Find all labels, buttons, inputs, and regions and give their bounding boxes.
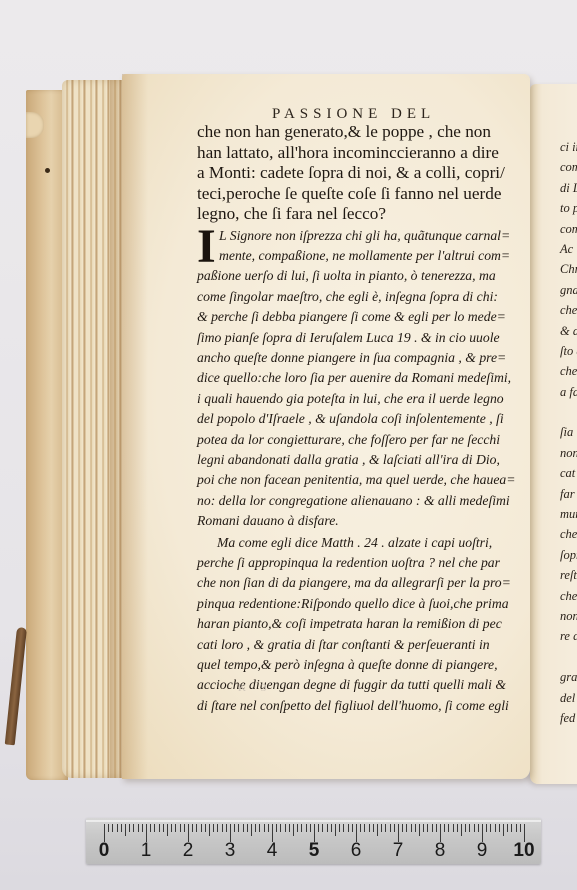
ruler-tick bbox=[306, 824, 307, 832]
fragment-line: di L bbox=[560, 178, 577, 198]
ruler-tick bbox=[453, 824, 454, 832]
drop-cap: I bbox=[197, 226, 216, 268]
fragment-line: non bbox=[560, 606, 577, 626]
ruler-tick bbox=[490, 824, 491, 832]
roman-paragraph: che non han generato,& le poppe , che no… bbox=[197, 122, 517, 225]
facing-page-text-fragments: ci incomdi Lto pucomeAcChrignache& dſto … bbox=[560, 137, 577, 728]
text-line: poi che non facean penitentia, ma quel u… bbox=[197, 470, 517, 490]
ruler-tick bbox=[331, 824, 332, 832]
ruler-tick bbox=[432, 824, 433, 832]
ruler-tick bbox=[268, 824, 269, 832]
fragment-line: & d bbox=[560, 321, 577, 341]
ruler-tick bbox=[297, 824, 298, 832]
ruler-tick bbox=[322, 824, 323, 832]
ruler-labels: 012345678910 bbox=[86, 840, 541, 862]
text-line: che non han generato,& le poppe , che no… bbox=[197, 122, 517, 143]
ruler-label: 2 bbox=[183, 840, 194, 862]
ruler-tick bbox=[184, 824, 185, 832]
fragment-line: ſto d bbox=[560, 341, 577, 361]
ruler-tick bbox=[348, 824, 349, 832]
text-line: legni abandonati dalla gratia , & laſcia… bbox=[197, 450, 517, 470]
fragment-line: che bbox=[560, 524, 577, 544]
ruler-tick bbox=[217, 824, 218, 832]
ruler-tick bbox=[335, 824, 336, 836]
ruler-tick bbox=[196, 824, 197, 832]
text-line: mente, compaßione, ne mollamente per l'a… bbox=[197, 246, 517, 266]
text-line: Ma come egli dice Matth . 24 . alzate i … bbox=[197, 533, 517, 553]
ruler-tick bbox=[364, 824, 365, 832]
ruler-tick bbox=[247, 824, 248, 832]
ruler-tick bbox=[415, 824, 416, 832]
ruler-tick bbox=[343, 824, 344, 832]
ruler-tick bbox=[465, 824, 466, 832]
text-line: potea da lor congietturare, che foſſero … bbox=[197, 430, 517, 450]
text-line: pinqua redentione:Riſpondo quello dice à… bbox=[197, 594, 517, 614]
text-line: dice quello:che loro ſia per auenire da … bbox=[197, 368, 517, 388]
ruler-tick bbox=[238, 824, 239, 832]
fragment-line: gra bbox=[560, 667, 577, 687]
ruler-tick bbox=[171, 824, 172, 832]
ruler-tick bbox=[192, 824, 193, 832]
text-line: che non ſian di da piangere, ma da alleg… bbox=[197, 573, 517, 593]
fragment-line bbox=[560, 402, 577, 422]
fragment-line: gna bbox=[560, 280, 577, 300]
ruler-label: 8 bbox=[435, 840, 446, 862]
fragment-line: far bbox=[560, 484, 577, 504]
ruler-tick bbox=[150, 824, 151, 832]
ruler-tick bbox=[243, 824, 244, 832]
ruler-tick bbox=[411, 824, 412, 832]
ruler-tick bbox=[520, 824, 521, 832]
fragment-line: com bbox=[560, 157, 577, 177]
ruler-tick bbox=[285, 824, 286, 832]
ruler-tick bbox=[516, 824, 517, 832]
ruler-tick bbox=[390, 824, 391, 832]
ruler-tick bbox=[112, 824, 113, 832]
ruler-tick bbox=[180, 824, 181, 832]
fragment-line: ſia bbox=[560, 422, 577, 442]
running-head: PASSIONE DEL bbox=[272, 106, 435, 123]
text-line: quel tempo,& però inſegna à queſte donne… bbox=[197, 655, 517, 675]
ruler-tick bbox=[163, 824, 164, 832]
text-line: di ſtare nel conſpetto del figliuol dell… bbox=[197, 696, 517, 716]
ruler-tick bbox=[461, 824, 462, 836]
ruler-tick bbox=[406, 824, 407, 832]
measurement-ruler: 012345678910 bbox=[86, 818, 541, 864]
ruler-tick bbox=[448, 824, 449, 832]
fragment-line: mun bbox=[560, 504, 577, 524]
ruler-tick bbox=[167, 824, 168, 836]
ruler-tick bbox=[511, 824, 512, 832]
fragment-line: Chri bbox=[560, 259, 577, 279]
fragment-line: cat bbox=[560, 463, 577, 483]
ruler-tick bbox=[175, 824, 176, 832]
ruler-tick bbox=[352, 824, 353, 832]
ruler-highlight bbox=[86, 820, 541, 822]
spine-spot bbox=[45, 168, 50, 173]
ruler-tick bbox=[289, 824, 290, 832]
ruler-tick bbox=[369, 824, 370, 832]
fragment-line: reſt bbox=[560, 565, 577, 585]
ruler-tick bbox=[373, 824, 374, 832]
ruler-tick bbox=[117, 824, 118, 832]
ruler-tick bbox=[377, 824, 378, 836]
fragment-line: del bbox=[560, 688, 577, 708]
text-line: & perche ſi debba piangere ſi come & egl… bbox=[197, 307, 517, 327]
fragment-line: re a bbox=[560, 626, 577, 646]
text-line: han lattato, all'hora incominccieranno a… bbox=[197, 143, 517, 164]
italic-paragraph-1: L Signore non iſprezza chi gli ha, quãtu… bbox=[197, 226, 517, 532]
ruler-tick bbox=[301, 824, 302, 832]
text-line: cati loro , & gratia di ſtar conſtanti &… bbox=[197, 635, 517, 655]
ruler-tick bbox=[495, 824, 496, 832]
book-photo: ci incomdi Lto pucomeAcChrignache& dſto … bbox=[0, 0, 577, 890]
ruler-label: 5 bbox=[309, 840, 320, 862]
ruler-tick bbox=[226, 824, 227, 832]
text-line: ſimo pianſe ſopra di Ieruſalem Luca 19 .… bbox=[197, 328, 517, 348]
ruler-tick bbox=[444, 824, 445, 832]
ruler-label: 1 bbox=[141, 840, 152, 862]
fragment-line: come bbox=[560, 219, 577, 239]
ruler-tick bbox=[259, 824, 260, 832]
ruler-tick bbox=[385, 824, 386, 832]
signature-mark: K 3 bbox=[238, 682, 272, 694]
ruler-tick bbox=[264, 824, 265, 832]
ruler-tick bbox=[255, 824, 256, 832]
ruler-tick bbox=[129, 824, 130, 832]
ruler-label: 6 bbox=[351, 840, 362, 862]
fragment-line: a fa bbox=[560, 382, 577, 402]
bookmark-ribbon bbox=[5, 627, 27, 745]
ruler-label: 10 bbox=[513, 840, 534, 862]
ruler-label: 9 bbox=[477, 840, 488, 862]
page-text-block: che non han generato,& le poppe , che no… bbox=[197, 122, 517, 716]
italic-section: I L Signore non iſprezza chi gli ha, quã… bbox=[197, 226, 517, 717]
ruler-tick bbox=[280, 824, 281, 832]
ruler-tick bbox=[503, 824, 504, 836]
ruler-tick bbox=[209, 824, 210, 836]
ruler-tick bbox=[201, 824, 202, 832]
ruler-tick bbox=[423, 824, 424, 832]
ruler-tick bbox=[339, 824, 340, 832]
ruler-tick bbox=[436, 824, 437, 832]
ruler-tick bbox=[138, 824, 139, 832]
ruler-tick bbox=[125, 824, 126, 836]
ruler-tick bbox=[394, 824, 395, 832]
fragment-line: Ac bbox=[560, 239, 577, 259]
ruler-tick bbox=[159, 824, 160, 832]
text-line: perche ſi appropinqua la redention uoſtr… bbox=[197, 553, 517, 573]
text-line: L Signore non iſprezza chi gli ha, quãtu… bbox=[197, 226, 517, 246]
ruler-tick bbox=[205, 824, 206, 832]
ruler-label: 7 bbox=[393, 840, 404, 862]
ruler-tick bbox=[154, 824, 155, 832]
text-line: a Monti: cadete ſopra di noi, & a colli,… bbox=[197, 163, 517, 184]
ruler-tick bbox=[327, 824, 328, 832]
ruler-tick bbox=[251, 824, 252, 836]
ruler-tick bbox=[457, 824, 458, 832]
ruler-tick bbox=[486, 824, 487, 832]
ruler-tick bbox=[499, 824, 500, 832]
ruler-tick bbox=[318, 824, 319, 832]
fragment-line: to pu bbox=[560, 198, 577, 218]
ruler-tick bbox=[469, 824, 470, 832]
text-line: teci,peroche ſe queſte coſe ſi fanno nel… bbox=[197, 184, 517, 205]
ruler-tick bbox=[293, 824, 294, 836]
ruler-label: 0 bbox=[99, 840, 110, 862]
fragment-line: ſopr bbox=[560, 545, 577, 565]
text-line: paßione uerſo di lui, ſi uolta in pianto… bbox=[197, 266, 517, 286]
text-line: no: della lor congregatione alienauano :… bbox=[197, 491, 517, 511]
text-line: ancho queſte donne piangere in ſua compa… bbox=[197, 348, 517, 368]
text-line: i quali hauendo gia poteſta in lui, che … bbox=[197, 389, 517, 409]
text-line: come ſingolar maeſtro, che egli è, inſeg… bbox=[197, 287, 517, 307]
ruler-tick bbox=[381, 824, 382, 832]
ruler-tick bbox=[121, 824, 122, 832]
fragment-line: ci in bbox=[560, 137, 577, 157]
fragment-line: che bbox=[560, 361, 577, 381]
ruler-tick bbox=[427, 824, 428, 832]
text-line: Romani dauano à disfare. bbox=[197, 511, 517, 531]
fragment-line: che bbox=[560, 586, 577, 606]
ruler-tick bbox=[402, 824, 403, 832]
ruler-tick bbox=[133, 824, 134, 832]
ruler-tick bbox=[222, 824, 223, 832]
text-line: haran pianto,& coſi impetrata haran la r… bbox=[197, 614, 517, 634]
fragment-line: che bbox=[560, 300, 577, 320]
text-line: legno, che ſi fara nel ſecco? bbox=[197, 204, 517, 225]
ruler-tick bbox=[108, 824, 109, 832]
ruler-tick bbox=[507, 824, 508, 832]
fragment-line: non bbox=[560, 443, 577, 463]
ruler-tick bbox=[478, 824, 479, 832]
ruler-tick bbox=[310, 824, 311, 832]
ruler-label: 3 bbox=[225, 840, 236, 862]
ruler-tick bbox=[234, 824, 235, 832]
fragment-line bbox=[560, 647, 577, 667]
ruler-tick bbox=[474, 824, 475, 832]
ruler-tick bbox=[276, 824, 277, 832]
ruler-tick bbox=[419, 824, 420, 836]
ruler-label: 4 bbox=[267, 840, 278, 862]
ruler-tick bbox=[213, 824, 214, 832]
ruler-tick bbox=[360, 824, 361, 832]
ruler-tick bbox=[142, 824, 143, 832]
text-line: del popolo d'Iſraele , & uſandola coſi i… bbox=[197, 409, 517, 429]
fragment-line: fed bbox=[560, 708, 577, 728]
